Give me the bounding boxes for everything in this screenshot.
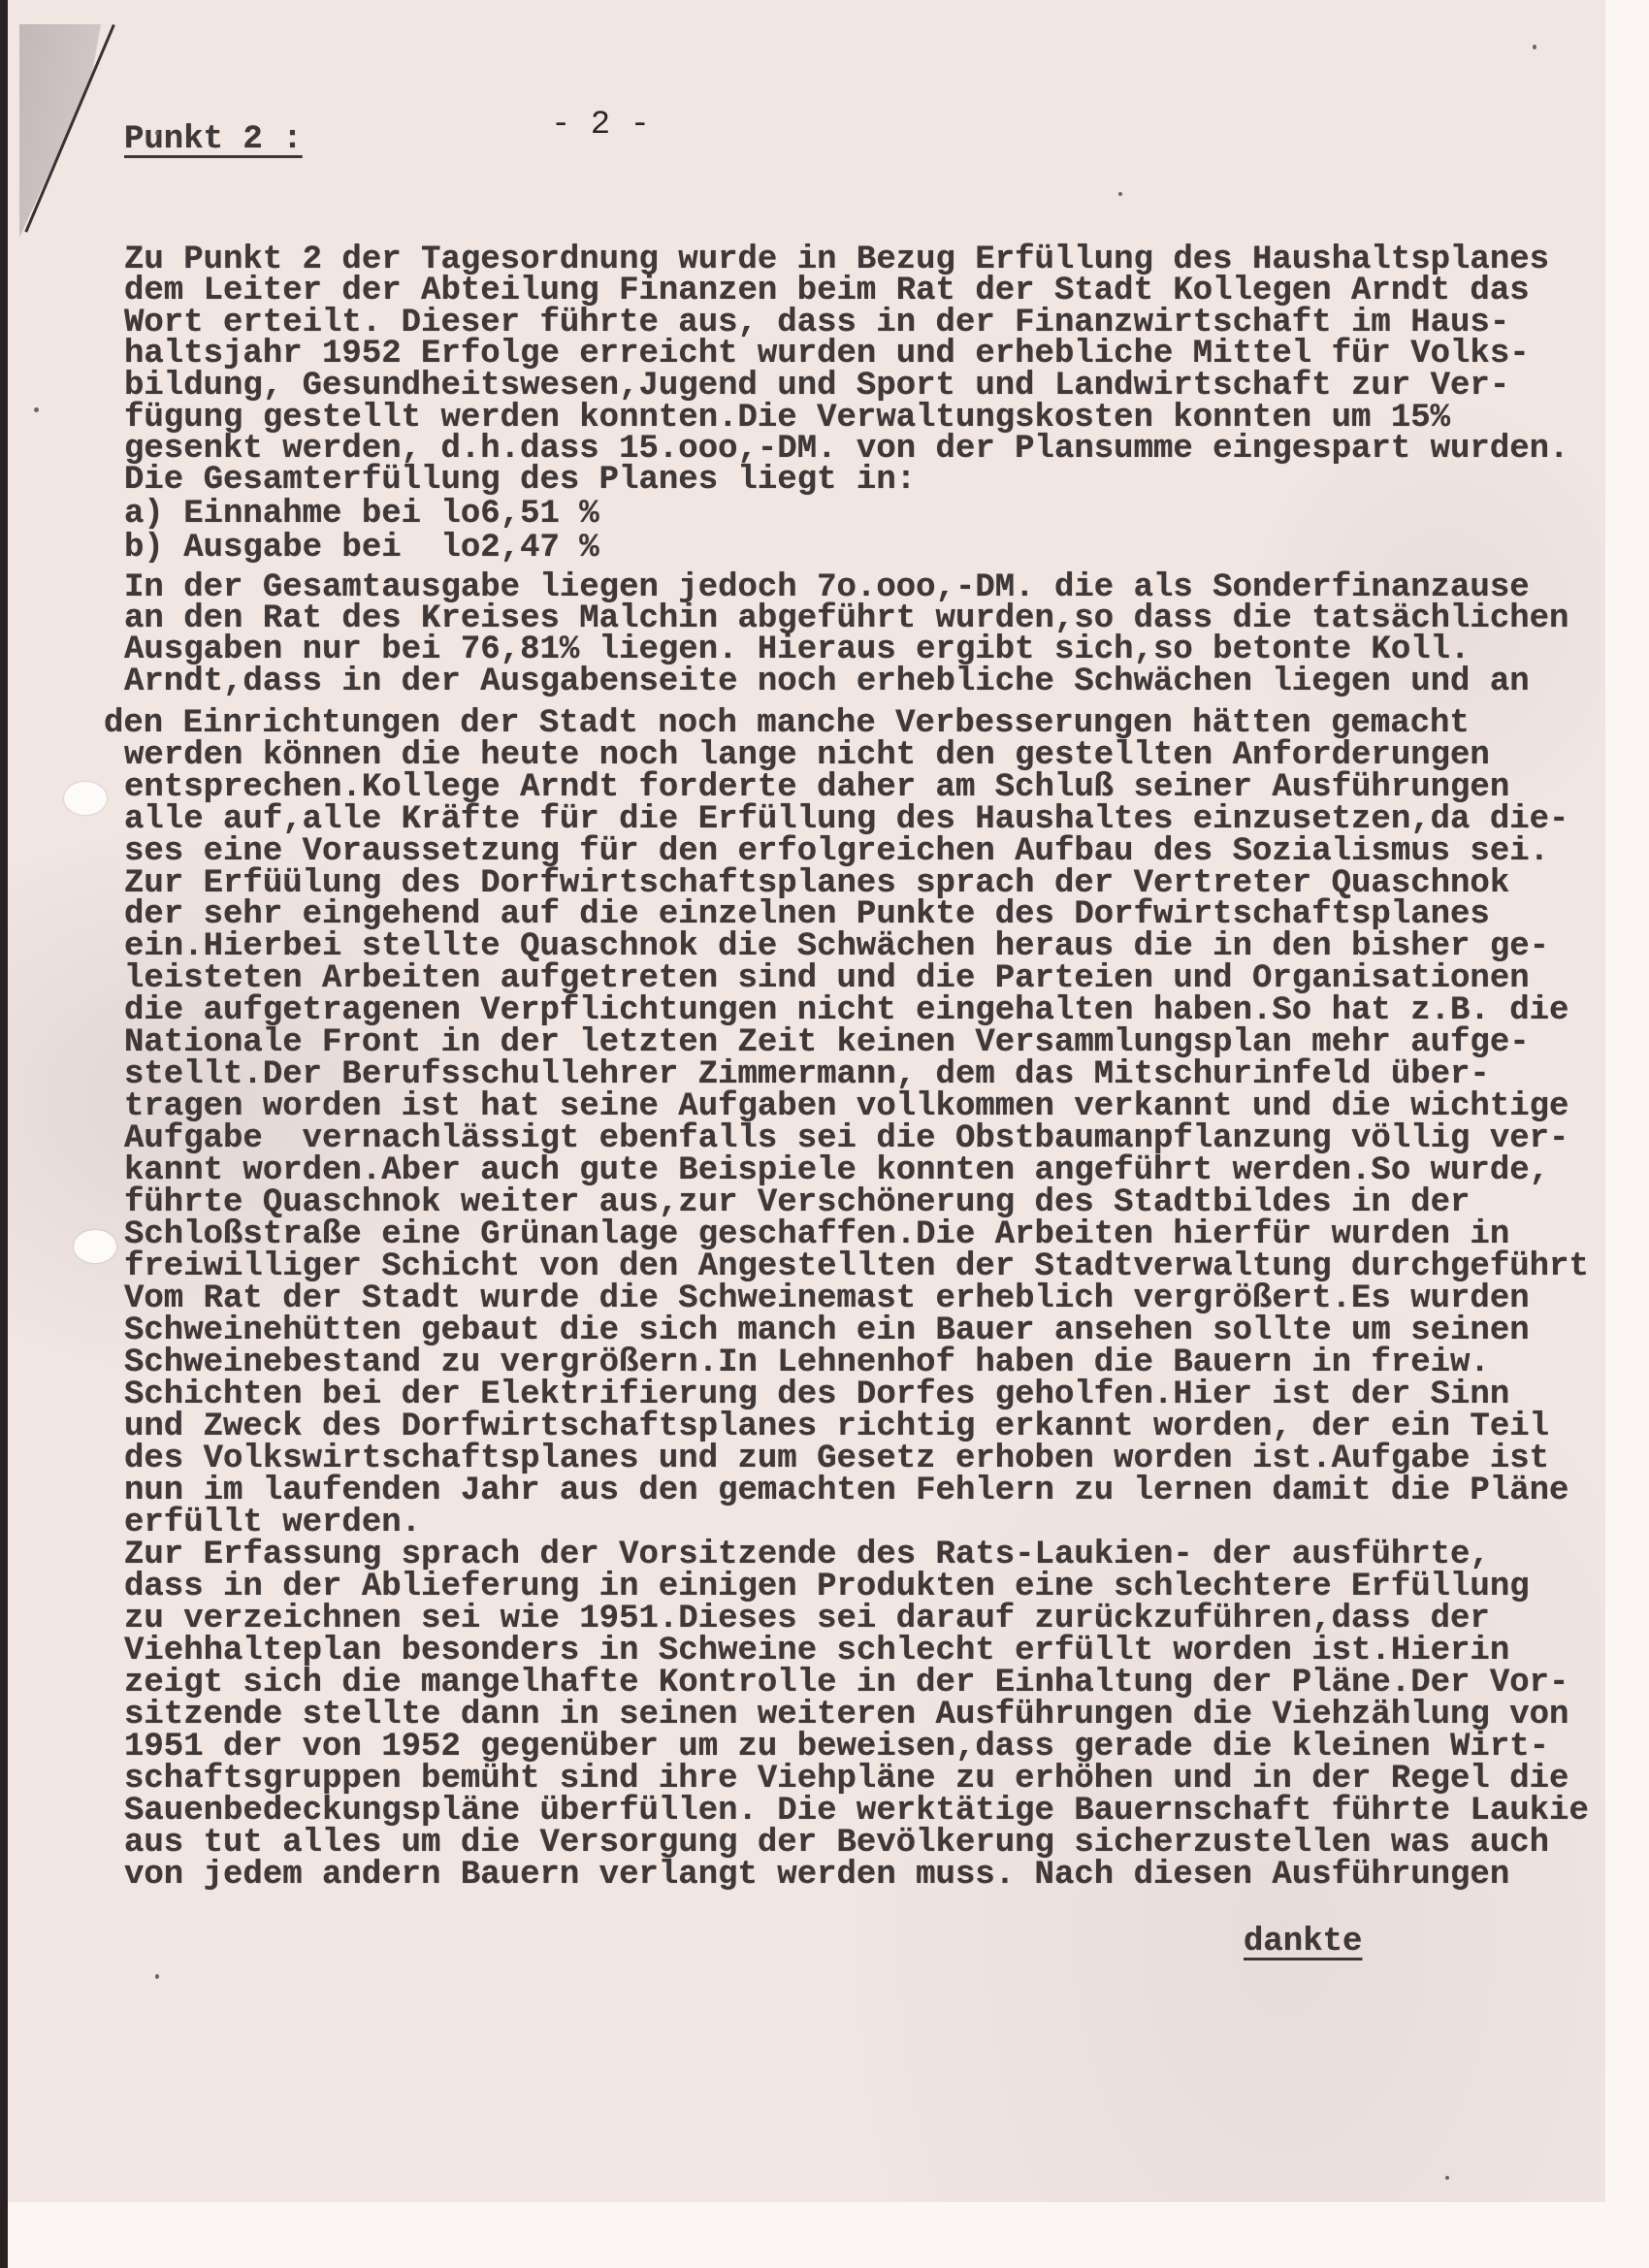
text-line: an den Rat des Kreises Malchin abgeführt…	[124, 602, 1568, 635]
text-line: ses eine Voraussetzung für den erfolgrei…	[124, 835, 1549, 868]
punch-hole-icon	[64, 782, 107, 815]
paper-speck	[155, 1974, 159, 1979]
text-line: Zu Punkt 2 der Tagesordnung wurde in Bez…	[124, 243, 1549, 276]
text-line: und Zweck des Dorfwirtschaftsplanes rich…	[124, 1410, 1549, 1443]
text-line: In der Gesamtausgabe liegen jedoch 7o.oo…	[124, 571, 1530, 604]
text-line: a) Einnahme bei lo6,51 %	[124, 498, 599, 531]
text-line: Ausgaben nur bei 76,81% liegen. Hieraus …	[124, 633, 1470, 666]
text-line: Schweinehütten gebaut die sich manch ein…	[124, 1314, 1530, 1347]
paper-speck	[1533, 45, 1536, 49]
closing-word: dankte	[1244, 1926, 1362, 1959]
text-line: freiwilliger Schicht von den Angestellte…	[124, 1250, 1589, 1283]
text-line: führte Quaschnok weiter aus,zur Verschön…	[124, 1186, 1470, 1219]
text-line: leisteten Arbeiten aufgetreten sind und …	[124, 962, 1530, 995]
text-line: des Volkswirtschaftsplanes und zum Geset…	[124, 1442, 1549, 1475]
text-line: stellt.Der Berufsschullehrer Zimmermann,…	[124, 1058, 1490, 1091]
text-line: werden können die heute noch lange nicht…	[124, 739, 1490, 772]
text-line: bildung, Gesundheitswesen,Jugend und Spo…	[124, 370, 1509, 403]
text-line: sitzende stellte dann in seinen weiteren…	[124, 1699, 1568, 1732]
page-number: - 2 -	[551, 109, 650, 142]
paper-speck	[1445, 2176, 1449, 2180]
punch-hole-icon	[74, 1230, 116, 1263]
text-line: Viehhalteplan besonders in Schweine schl…	[124, 1635, 1509, 1668]
text-line: Vom Rat der Stadt wurde die Schweinemast…	[124, 1282, 1530, 1315]
text-line: zeigt sich die mangelhafte Kontrolle in …	[124, 1667, 1568, 1700]
text-line: Schweinebestand zu vergrößern.In Lehnenh…	[124, 1346, 1490, 1379]
text-line: zu verzeichnen sei wie 1951.Dieses sei d…	[124, 1603, 1490, 1636]
text-line: aus tut alles um die Versorgung der Bevö…	[124, 1827, 1549, 1860]
paper-speck	[155, 131, 159, 135]
text-line: fügung gestellt werden konnten.Die Verwa…	[124, 402, 1450, 435]
text-line: nun im laufenden Jahr aus den gemachten …	[124, 1474, 1568, 1507]
text-line: alle auf,alle Kräfte für die Erfüllung d…	[124, 803, 1568, 836]
text-line: dass in der Ablieferung in einigen Produ…	[124, 1571, 1530, 1604]
paper-speck	[1118, 192, 1122, 196]
text-line: Wort erteilt. Dieser führte aus, dass in…	[124, 307, 1509, 340]
text-line: schaftsgruppen bemüht sind ihre Viehplän…	[124, 1763, 1568, 1796]
text-line: Arndt,dass in der Ausgabenseite noch erh…	[124, 665, 1530, 698]
text-line: Die Gesamterfüllung des Planes liegt in:	[124, 464, 916, 497]
text-line: Zur Erfüülung des Dorfwirtschaftsplanes …	[124, 867, 1509, 900]
text-line: kannt worden.Aber auch gute Beispiele ko…	[124, 1154, 1549, 1187]
text-line: den Einrichtungen der Stadt noch manche …	[104, 707, 1470, 740]
section-heading: Punkt 2 :	[124, 123, 303, 156]
text-line: ein.Hierbei stellte Quaschnok die Schwäc…	[124, 930, 1549, 963]
document-page: - 2 - Punkt 2 : Zu Punkt 2 der Tagesordn…	[0, 0, 1605, 2202]
text-line: haltsjahr 1952 Erfolge erreicht wurden u…	[124, 338, 1530, 371]
text-line: von jedem andern Bauern verlangt werden …	[124, 1859, 1509, 1892]
text-line: erfüllt werden.	[124, 1507, 421, 1539]
scan-left-edge-shadow	[0, 0, 8, 2268]
text-line: Schichten bei der Elektrifierung des Dor…	[124, 1378, 1509, 1411]
text-line: Aufgabe vernachlässigt ebenfalls sei die…	[124, 1122, 1568, 1155]
text-line: tragen worden ist hat seine Aufgaben vol…	[124, 1090, 1568, 1123]
text-line: die aufgetragenen Verpflichtungen nicht …	[124, 994, 1568, 1027]
text-line: der sehr eingehend auf die einzelnen Pun…	[124, 898, 1490, 931]
text-line: b) Ausgabe bei lo2,47 %	[124, 532, 599, 565]
paper-speck	[34, 407, 39, 412]
text-line: Nationale Front in der letzten Zeit kein…	[124, 1026, 1530, 1059]
text-line: 1951 der von 1952 gegenüber um zu beweis…	[124, 1731, 1549, 1764]
text-line: Zur Erfassung sprach der Vorsitzende des…	[124, 1539, 1490, 1571]
text-line: Sauenbedeckungspläne überfüllen. Die wer…	[124, 1795, 1589, 1828]
text-line: dem Leiter der Abteilung Finanzen beim R…	[124, 275, 1530, 308]
text-line: gesenkt werden, d.h.dass 15.ooo,-DM. von…	[124, 433, 1568, 466]
text-line: entsprechen.Kollege Arndt forderte daher…	[124, 771, 1509, 804]
text-line: Schloßstraße eine Grünanlage geschaffen.…	[124, 1218, 1509, 1251]
